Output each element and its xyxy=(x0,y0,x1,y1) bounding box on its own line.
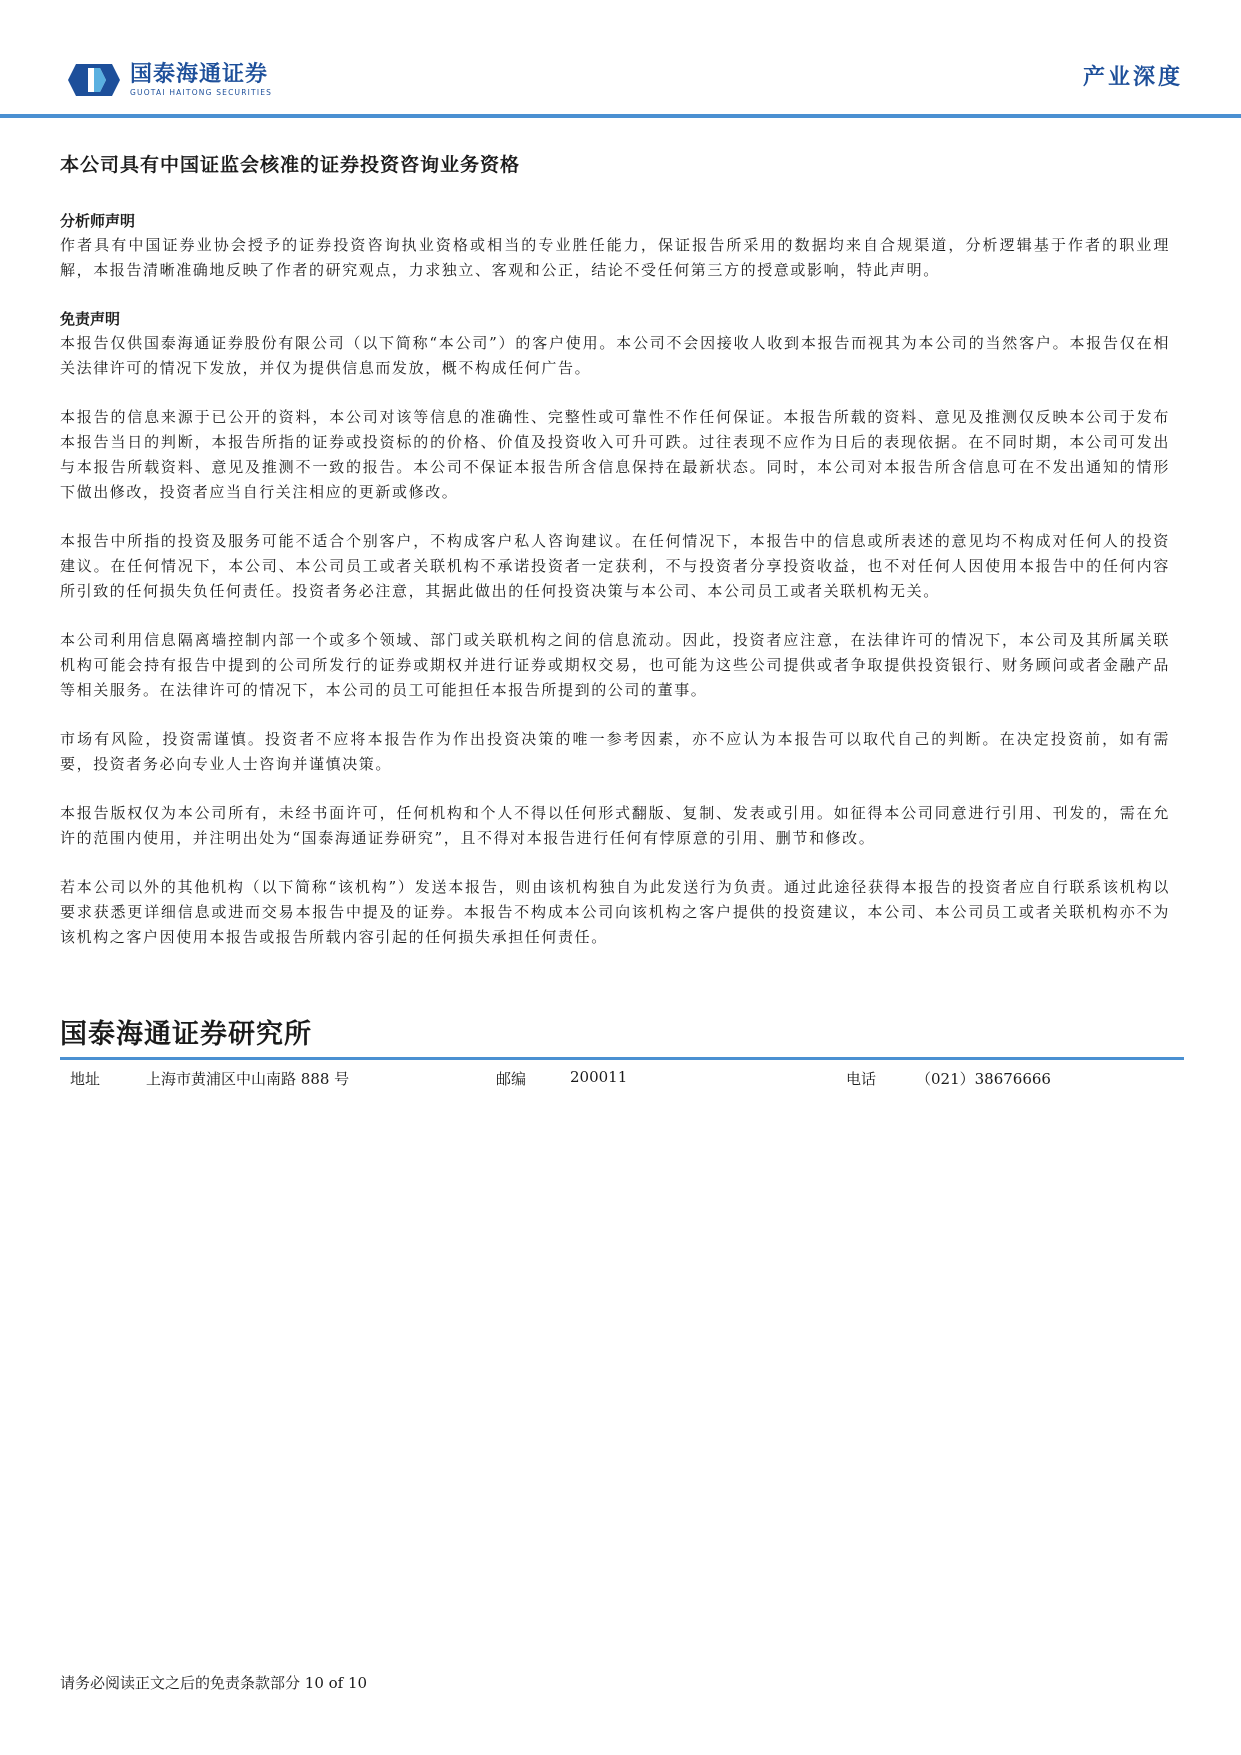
postcode-label: 邮编 xyxy=(496,1068,526,1089)
disclaimer-paragraph: 市场有风险，投资需谨慎。投资者不应将本报告作为作出投资决策的唯一参考因素，亦不应… xyxy=(60,727,1170,777)
disclaimer-paragraph: 本报告仅供国泰海通证券股份有限公司（以下简称“本公司”）的客户使用。本公司不会因… xyxy=(60,331,1170,381)
page-number: 10 of 10 xyxy=(305,1674,367,1692)
company-logo: 国泰海通证券 GUOTAI HAITONG SECURITIES xyxy=(68,62,272,98)
phone-value: （021）38676666 xyxy=(916,1068,1051,1089)
page-header: 国泰海通证券 GUOTAI HAITONG SECURITIES 产业深度 xyxy=(0,0,1241,118)
footer-notice: 请务必阅读正文之后的免责条款部分 xyxy=(60,1674,300,1692)
disclaimer-title: 免责声明 xyxy=(60,307,1170,331)
document-type-label: 产业深度 xyxy=(1083,60,1183,91)
logo-cn-text: 国泰海通证券 xyxy=(130,63,272,87)
address-label: 地址 xyxy=(70,1068,100,1089)
disclaimer-paragraph: 本公司利用信息隔离墙控制内部一个或多个领域、部门或关联机构之间的信息流动。因此，… xyxy=(60,628,1170,703)
institute-name: 国泰海通证券研究所 xyxy=(60,1012,312,1051)
analyst-statement-title: 分析师声明 xyxy=(60,209,1170,233)
analyst-statement-text: 作者具有中国证券业协会授予的证券投资咨询执业资格或相当的专业胜任能力，保证报告所… xyxy=(60,233,1170,283)
phone-label: 电话 xyxy=(846,1068,876,1089)
logo-hexagon-icon xyxy=(68,62,120,98)
address-value: 上海市黄浦区中山南路 888 号 xyxy=(146,1068,349,1089)
institute-divider xyxy=(60,1057,1184,1060)
disclaimer-paragraph: 若本公司以外的其他机构（以下简称“该机构”）发送本报告，则由该机构独自为此发送行… xyxy=(60,875,1170,950)
disclaimer-paragraph: 本报告中所指的投资及服务可能不适合个别客户，不构成客户私人咨询建议。在任何情况下… xyxy=(60,529,1170,604)
document-body: 本公司具有中国证监会核准的证券投资咨询业务资格 分析师声明 作者具有中国证券业协… xyxy=(60,150,1170,974)
disclaimer-paragraph: 本报告的信息来源于已公开的资料，本公司对该等信息的准确性、完整性或可靠性不作任何… xyxy=(60,405,1170,505)
page-footer: 请务必阅读正文之后的免责条款部分 10 of 10 xyxy=(60,1672,367,1693)
logo-en-text: GUOTAI HAITONG SECURITIES xyxy=(130,88,272,97)
header-divider xyxy=(0,114,1241,118)
disclaimer-paragraph: 本报告版权仅为本公司所有，未经书面许可，任何机构和个人不得以任何形式翻版、复制、… xyxy=(60,801,1170,851)
contact-row: 地址 上海市黄浦区中山南路 888 号 邮编 200011 电话 （021）38… xyxy=(60,1066,1184,1092)
postcode-value: 200011 xyxy=(570,1068,627,1086)
qualification-title: 本公司具有中国证监会核准的证券投资咨询业务资格 xyxy=(60,150,1170,177)
